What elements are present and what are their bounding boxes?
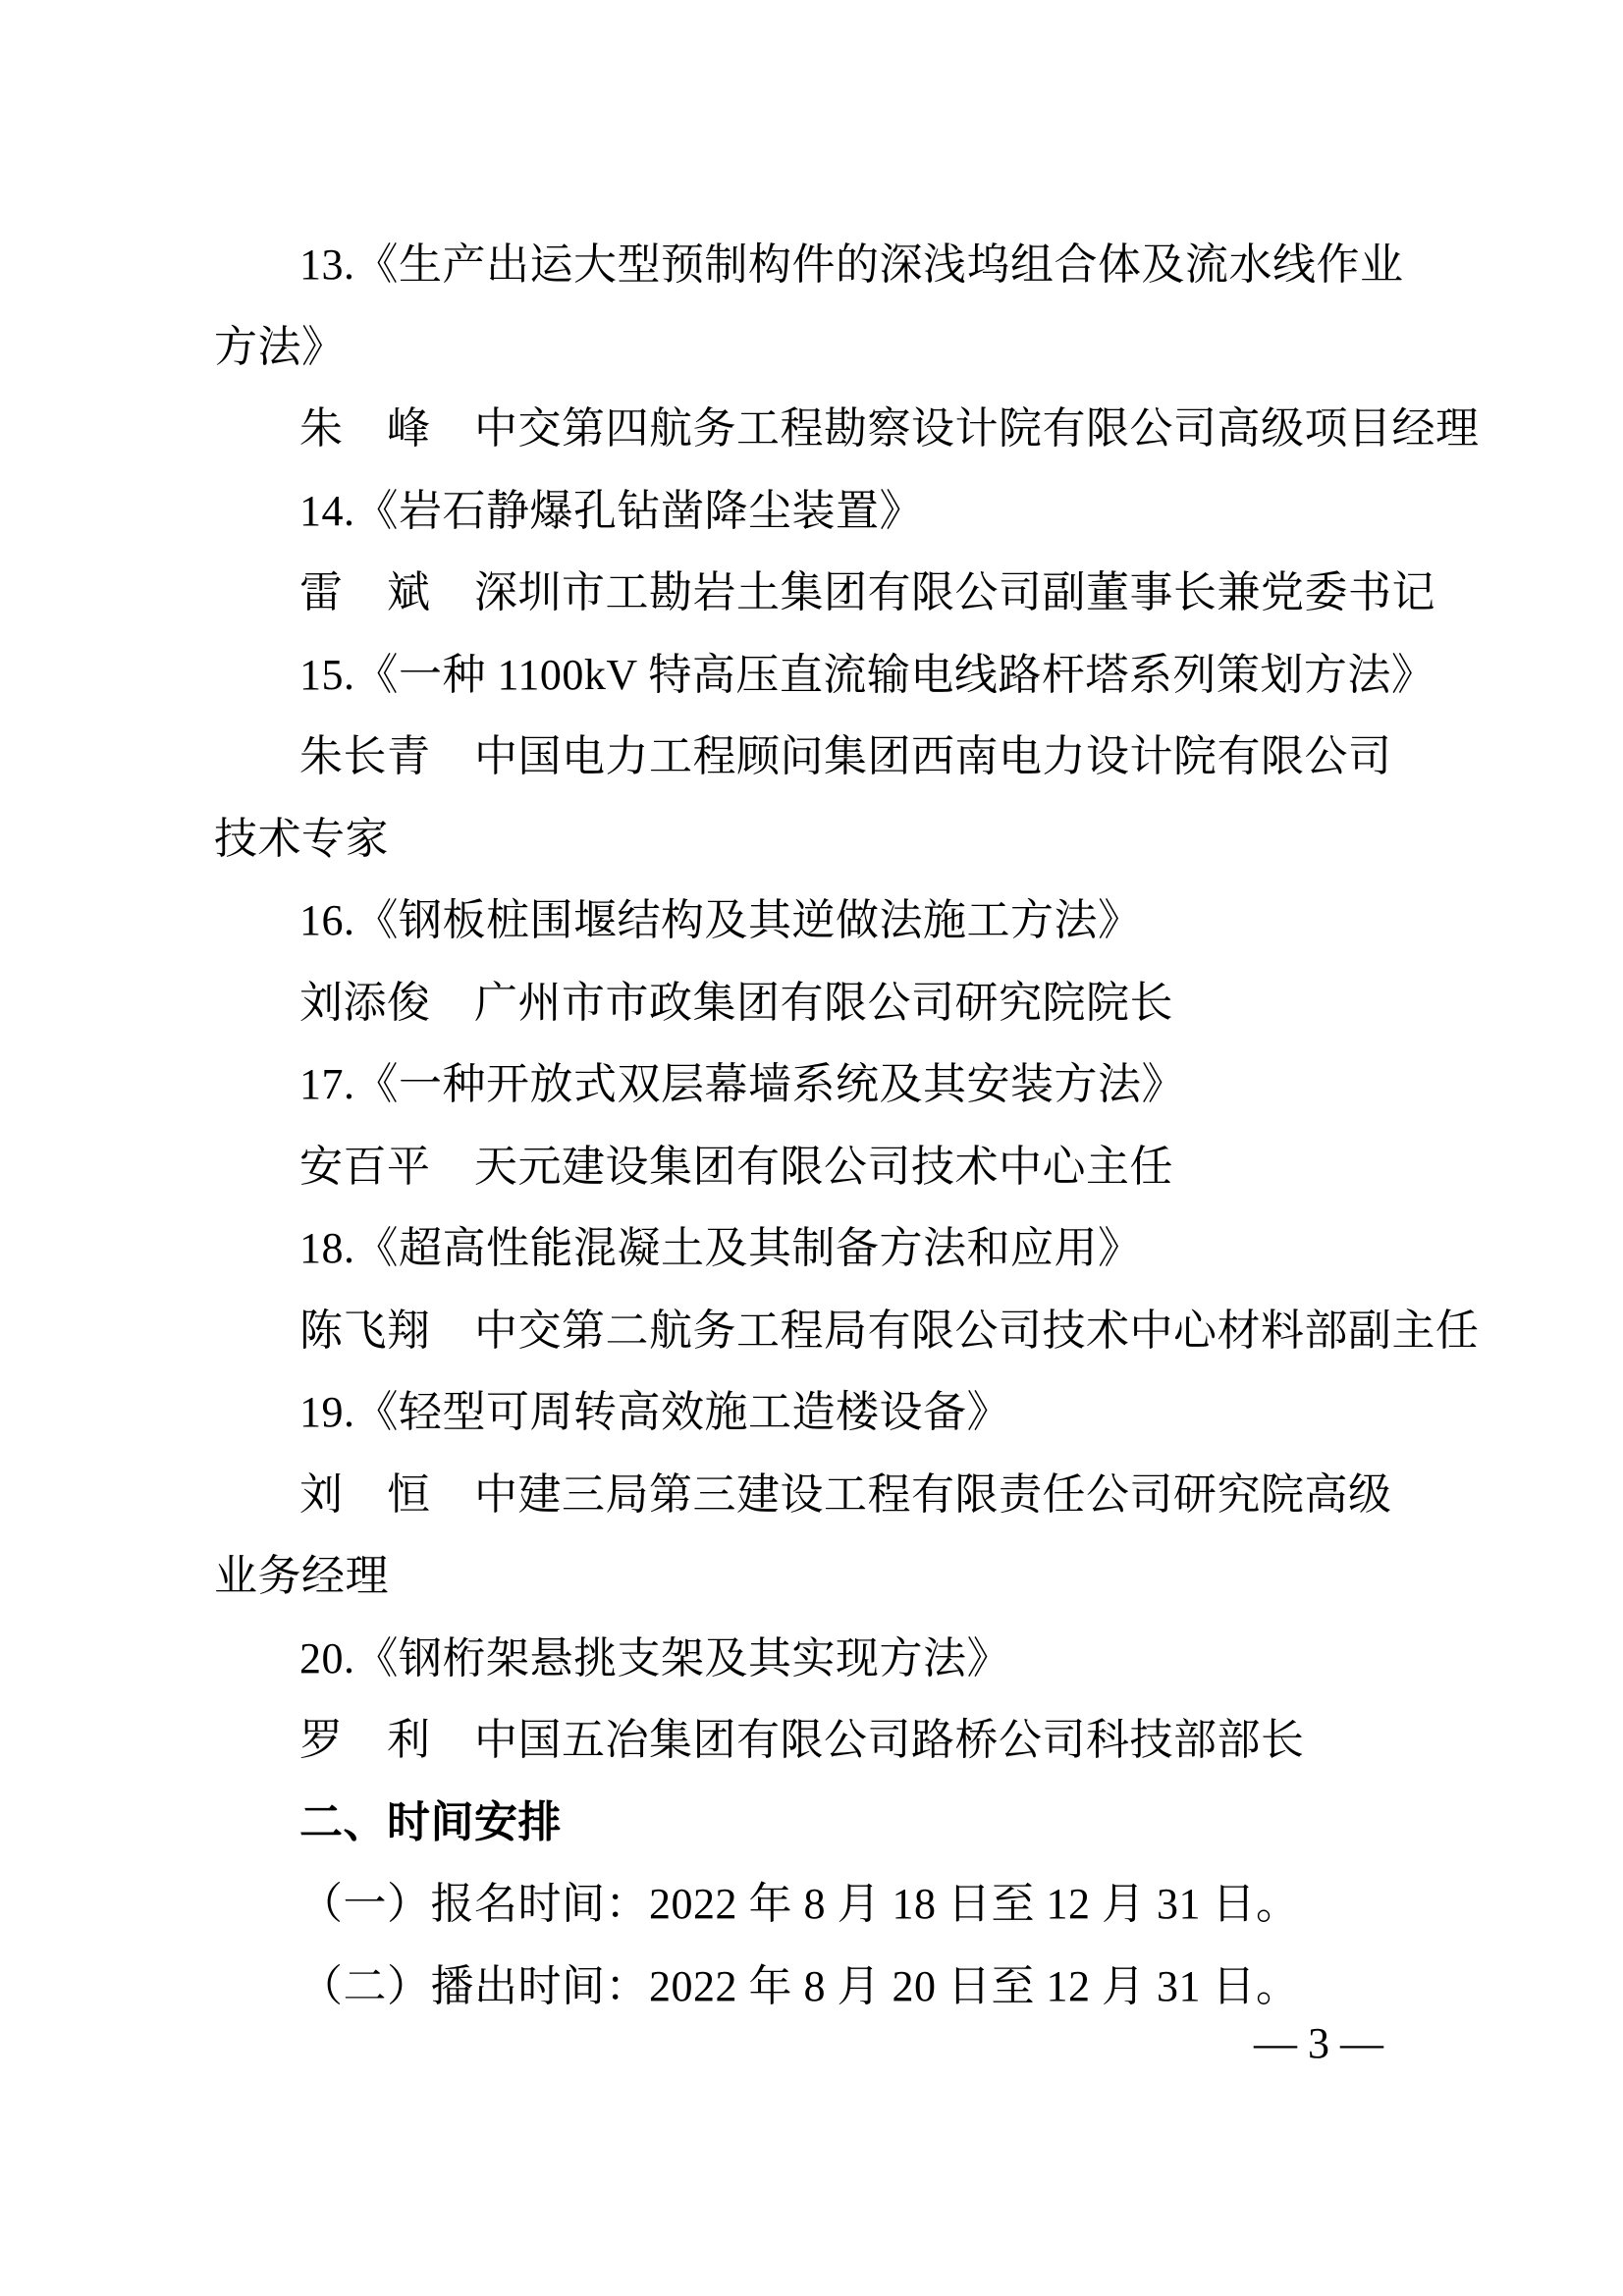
line-item17-title: 17.《一种开放式双层幕墙系统及其安装方法》 bbox=[214, 1043, 1451, 1126]
page-number: — 3 — bbox=[1254, 2018, 1383, 2069]
line-item20-person: 罗 利 中国五冶集团有限公司路桥公司科技部部长 bbox=[214, 1699, 1451, 1782]
line-broadcast-time: （二）播出时间：2022 年 8 月 20 日至 12 月 31 日。 bbox=[214, 1946, 1451, 2028]
document-body: 13.《生产出运大型预制构件的深浅坞组合体及流水线作业 方法》 朱 峰 中交第四… bbox=[214, 224, 1451, 2027]
line-item19-person: 刘 恒 中建三局第三建设工程有限责任公司研究院高级 bbox=[214, 1454, 1451, 1536]
line-section2-heading: 二、时间安排 bbox=[214, 1782, 1451, 1864]
line-item16-title: 16.《钢板桩围堰结构及其逆做法施工方法》 bbox=[214, 880, 1451, 962]
line-item14-person: 雷 斌 深圳市工勘岩土集团有限公司副董事长兼党委书记 bbox=[214, 552, 1451, 634]
line-item15-person-cont: 技术专家 bbox=[214, 798, 1451, 881]
line-item15-title: 15.《一种 1100kV 特高压直流输电线路杆塔系列策划方法》 bbox=[214, 634, 1451, 717]
line-item15-person: 朱长青 中国电力工程顾问集团西南电力设计院有限公司 bbox=[214, 716, 1451, 798]
line-item13-person: 朱 峰 中交第四航务工程勘察设计院有限公司高级项目经理 bbox=[214, 388, 1451, 470]
line-item16-person: 刘添俊 广州市市政集团有限公司研究院院长 bbox=[214, 962, 1451, 1044]
line-item20-title: 20.《钢桁架悬挑支架及其实现方法》 bbox=[214, 1618, 1451, 1700]
line-item18-title: 18.《超高性能混凝土及其制备方法和应用》 bbox=[214, 1207, 1451, 1290]
line-item14-title: 14.《岩石静爆孔钻凿降尘装置》 bbox=[214, 470, 1451, 553]
line-item17-person: 安百平 天元建设集团有限公司技术中心主任 bbox=[214, 1126, 1451, 1208]
line-item19-title: 19.《轻型可周转高效施工造楼设备》 bbox=[214, 1371, 1451, 1454]
line-item13-title-cont: 方法》 bbox=[214, 306, 1451, 389]
line-item18-person: 陈飞翔 中交第二航务工程局有限公司技术中心材料部副主任 bbox=[214, 1290, 1451, 1372]
document-page: 13.《生产出运大型预制构件的深浅坞组合体及流水线作业 方法》 朱 峰 中交第四… bbox=[0, 0, 1623, 2296]
line-signup-time: （一）报名时间：2022 年 8 月 18 日至 12 月 31 日。 bbox=[214, 1863, 1451, 1946]
line-item13-title: 13.《生产出运大型预制构件的深浅坞组合体及流水线作业 bbox=[214, 224, 1451, 306]
line-item19-person-cont: 业务经理 bbox=[214, 1535, 1451, 1618]
